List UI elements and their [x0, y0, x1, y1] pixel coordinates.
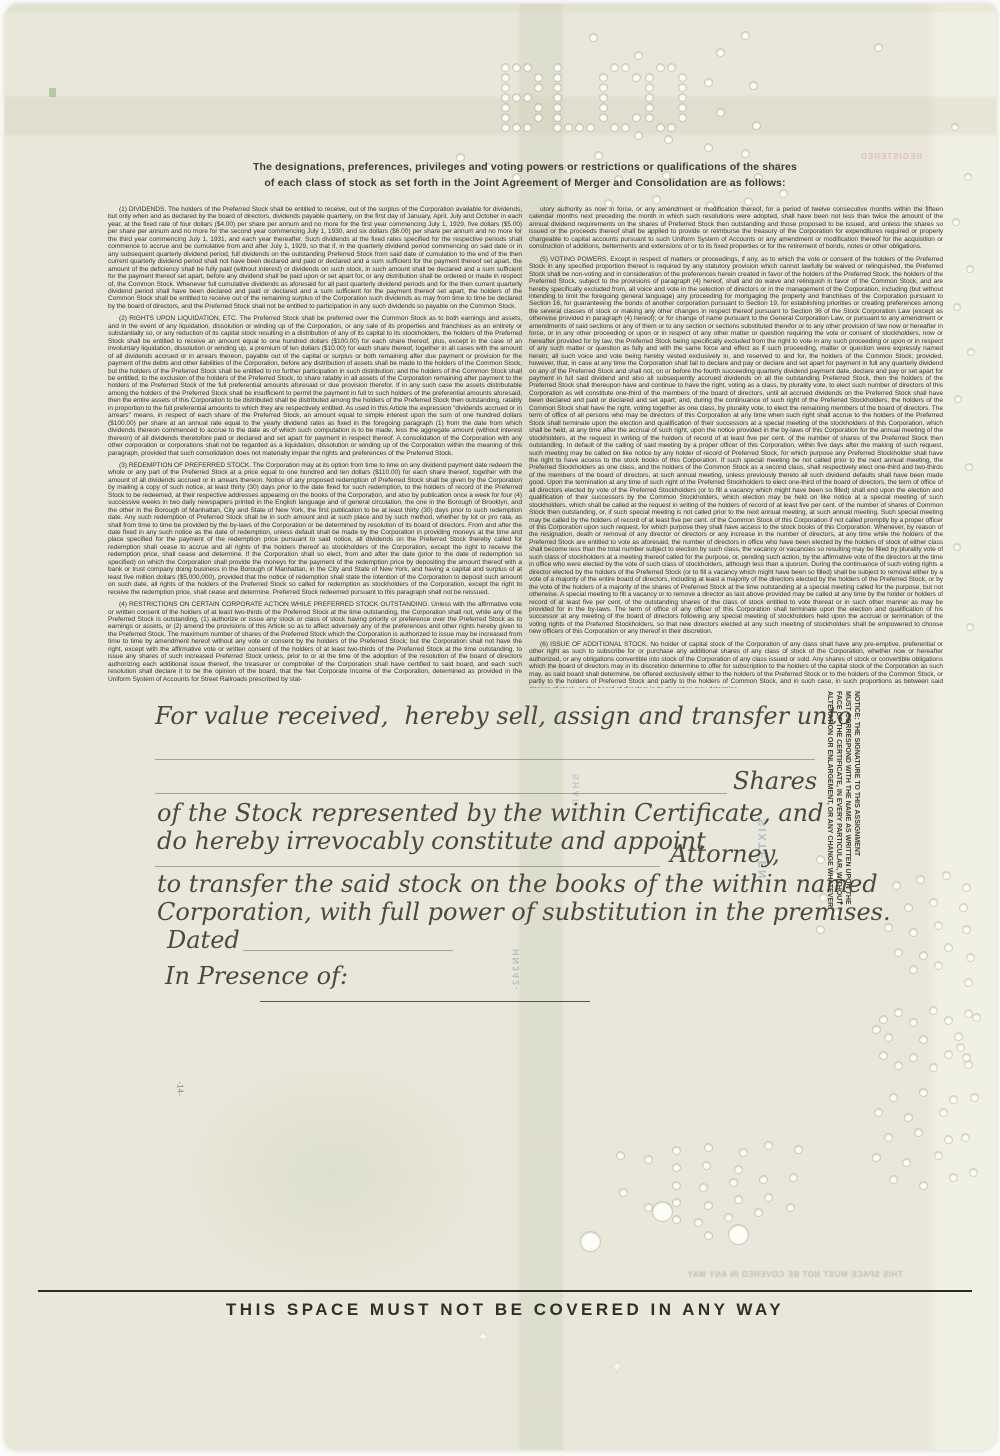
- assignment-for-value: For value received,: [155, 702, 388, 730]
- punch-hole: [653, 1202, 672, 1221]
- punch-hole: [955, 1033, 962, 1040]
- punch-hole: [940, 1109, 947, 1116]
- bleedthrough-footer-text: THIS SPACE MUST NOT BE COVERED IN ANY WA…: [645, 1270, 945, 1279]
- punch-hole: [968, 349, 974, 355]
- punch-hole: [657, 124, 664, 131]
- punch-hole: [967, 624, 973, 630]
- punch-hole: [554, 114, 561, 121]
- punch-hole: [920, 1036, 927, 1043]
- punch-hole: [954, 304, 960, 310]
- punch-hole: [945, 1136, 952, 1143]
- punch-hole: [965, 1010, 972, 1017]
- signature-notice-line: ALTERATION OR ENLARGEMENT, OR ANY CHANGE…: [825, 691, 834, 963]
- legal-header-line2: of each class of stock as set forth in t…: [245, 176, 805, 192]
- punch-hole: [910, 966, 917, 973]
- punch-hole: [973, 1014, 980, 1021]
- punch-hole: [673, 1164, 680, 1171]
- punch-hole: [790, 1174, 797, 1181]
- punch-hole: [952, 124, 958, 130]
- punch-hole: [875, 44, 882, 51]
- assignment-line-4: to transfer the said stock on the books …: [157, 870, 878, 898]
- assignment-form: For value received, hereby sell, assign …: [155, 702, 817, 730]
- punch-hole: [633, 114, 640, 121]
- punch-hole: [880, 1016, 887, 1023]
- punch-hole: [611, 64, 618, 71]
- punch-hole: [502, 114, 509, 121]
- punch-hole: [646, 94, 653, 101]
- legal-column-right: utory authority as now in force, or any …: [529, 206, 943, 688]
- punch-hole: [963, 884, 970, 891]
- punch-hole: [535, 74, 542, 81]
- punch-hole: [513, 124, 520, 131]
- punch-hole: [668, 64, 675, 71]
- punch-hole: [535, 84, 542, 91]
- legal-column-left: (1) DIVIDENDS. The holders of the Prefer…: [108, 206, 522, 688]
- punch-hole: [725, 1214, 732, 1221]
- punch-hole: [620, 1189, 627, 1196]
- punch-hole: [576, 124, 583, 131]
- punch-hole: [646, 104, 653, 111]
- punch-hole: [502, 124, 509, 131]
- punch-hole: [920, 1089, 927, 1096]
- write-in-line: [155, 759, 815, 760]
- signature-notice-line: NOTICE: THE SIGNATURE TO THIS ASSIGNMENT: [852, 691, 861, 963]
- punch-hole: [554, 104, 561, 111]
- punch-hole: [903, 1159, 910, 1166]
- punch-hole: [703, 1162, 710, 1169]
- punch-hole: [955, 396, 961, 402]
- legal-paragraph: (1) DIVIDENDS. The holders of the Prefer…: [108, 206, 522, 310]
- punch-hole: [600, 94, 607, 101]
- punch-hole: [935, 962, 942, 969]
- punch-hole: [695, 1219, 702, 1226]
- punch-hole: [740, 1149, 747, 1156]
- punch-hole: [717, 109, 724, 116]
- punch-hole: [535, 104, 542, 111]
- punch-hole: [646, 84, 653, 91]
- assignment-sell-assign: hereby sell, assign and transfer unto: [404, 702, 851, 730]
- punch-hole: [617, 1152, 624, 1159]
- punch-hole: [611, 124, 618, 131]
- punch-hole: [554, 84, 561, 91]
- punch-hole: [945, 1017, 952, 1024]
- assignment-line-2: of the Stock represented by the within C…: [157, 799, 824, 827]
- punch-hole: [742, 32, 749, 39]
- pencil-mark: -14-: [176, 1081, 185, 1095]
- punch-hole: [895, 1062, 902, 1069]
- punch-hole: [910, 1019, 917, 1026]
- punch-hole: [513, 64, 520, 71]
- punch-hole: [668, 124, 675, 131]
- punch-hole: [705, 79, 712, 86]
- punch-hole: [524, 94, 531, 101]
- punch-hole: [893, 882, 900, 889]
- punch-hole: [963, 926, 970, 933]
- in-presence-of-label: In Presence of:: [165, 962, 348, 990]
- signature-notice-line: MUST CORRESPOND WITH THE NAME AS WRITTEN…: [843, 691, 852, 963]
- legal-paragraph: (6) ISSUE OF ADDITIONAL STOCK. No holder…: [529, 641, 943, 688]
- bleedthrough-vertical-text: HN342-: [511, 949, 521, 992]
- punch-hole: [679, 104, 686, 111]
- punch-hole: [971, 1094, 978, 1101]
- punch-hole: [524, 124, 531, 131]
- punch-hole: [502, 104, 509, 111]
- punch-hole: [930, 899, 937, 906]
- punch-hole: [795, 1146, 802, 1153]
- dated-label: Dated: [167, 926, 240, 954]
- punch-hole: [590, 34, 597, 41]
- punch-hole: [673, 1199, 680, 1206]
- punch-hole: [679, 84, 686, 91]
- punch-hole: [880, 1052, 887, 1059]
- punch-hole: [930, 1007, 937, 1014]
- legal-paragraph: (5) VOTING POWERS. Except in respect of …: [529, 256, 943, 636]
- punch-hole: [657, 64, 664, 71]
- punch-hole: [895, 1009, 902, 1016]
- punch-hole: [873, 1154, 880, 1161]
- legal-paragraph: (2) RIGHTS UPON LIQUIDATION, ETC. The Pr…: [108, 315, 522, 457]
- punch-hole: [622, 124, 629, 131]
- punch-hole: [920, 1182, 927, 1189]
- punch-hole: [910, 929, 917, 936]
- punch-hole: [645, 1156, 652, 1163]
- punch-hole: [930, 1064, 937, 1071]
- punch-hole: [565, 124, 572, 131]
- punch-hole: [645, 1204, 652, 1211]
- punch-hole: [633, 74, 640, 81]
- punch-hole: [665, 136, 672, 143]
- punch-hole: [890, 1176, 897, 1183]
- legal-paragraph: (4) RESTRICTIONS ON CERTAIN CORPORATE AC…: [108, 601, 522, 683]
- punch-hole: [935, 1152, 942, 1159]
- punch-hole: [965, 174, 971, 180]
- punch-hole: [600, 104, 607, 111]
- legal-paragraph: (3) REDEMPTION OF PREFERRED STOCK. The C…: [108, 462, 522, 596]
- punch-hole: [622, 64, 629, 71]
- punch-hole: [753, 122, 760, 129]
- star-mark: ✦: [477, 1328, 490, 1346]
- punch-hole: [960, 904, 967, 911]
- attorney-label: Attorney,: [670, 840, 780, 868]
- punch-hole: [535, 114, 542, 121]
- punch-hole: [554, 94, 561, 101]
- signature-notice-line: FACE OF THE CERTIFICATE, IN EVERY PARTIC…: [834, 691, 843, 963]
- punch-hole: [705, 1232, 712, 1239]
- scanned-stock-certificate-back: REGISTERED The designations, preferences…: [0, 0, 1000, 1456]
- footer-warning: THIS SPACE MUST NOT BE COVERED IN ANY WA…: [5, 1300, 1000, 1320]
- punch-hole: [895, 949, 902, 956]
- punch-hole: [735, 1166, 742, 1173]
- punch-hole: [935, 922, 942, 929]
- punch-hole: [905, 904, 912, 911]
- punch-hole: [966, 464, 972, 470]
- attorney-name-blank: [155, 866, 660, 867]
- punch-hole: [885, 1034, 892, 1041]
- legal-header: The designations, preferences, privilege…: [245, 160, 805, 191]
- punch-hole: [780, 190, 787, 197]
- punch-hole: [554, 74, 561, 81]
- punch-hole: [962, 1134, 969, 1141]
- punch-hole: [730, 1179, 737, 1186]
- punch-hole: [653, 196, 660, 203]
- punch-hole: [595, 152, 602, 159]
- punch-hole: [513, 94, 520, 101]
- punch-hole: [600, 84, 607, 91]
- legal-header-line1: The designations, preferences, privilege…: [245, 160, 805, 176]
- punch-hole: [673, 1216, 680, 1223]
- punch-hole: [735, 1196, 742, 1203]
- punch-hole: [502, 74, 509, 81]
- punch-hole: [945, 944, 952, 951]
- punch-hole: [679, 94, 686, 101]
- punch-hole: [600, 74, 607, 81]
- write-in-line: [155, 793, 727, 794]
- punch-hole: [765, 1142, 772, 1149]
- date-blank: [243, 950, 453, 951]
- punch-hole: [967, 266, 973, 272]
- assignment-line-5: Corporation, with full power of substitu…: [157, 898, 891, 926]
- assignment-line-1: For value received, hereby sell, assign …: [155, 702, 817, 730]
- punch-hole: [765, 1194, 772, 1201]
- punch-hole: [875, 1109, 882, 1116]
- punch-hole: [742, 150, 749, 157]
- punch-hole: [917, 876, 924, 883]
- punch-hole: [787, 1204, 794, 1211]
- witness-signature-line: [260, 1001, 590, 1002]
- punch-hole: [957, 1044, 964, 1051]
- certificate-paper: REGISTERED The designations, preferences…: [5, 4, 996, 1450]
- punch-hole: [502, 94, 509, 101]
- punch-hole: [905, 1114, 912, 1121]
- legal-paragraph: utory authority as now in force, or any …: [529, 206, 943, 251]
- punch-hole: [635, 132, 642, 139]
- green-ink-mark: [49, 88, 56, 97]
- punch-hole: [953, 219, 959, 225]
- punch-hole: [745, 198, 752, 205]
- punch-hole: [760, 1176, 767, 1183]
- punch-hole: [581, 1232, 600, 1251]
- punch-hole: [679, 114, 686, 121]
- punch-hole: [705, 1202, 712, 1209]
- punch-hole: [965, 979, 972, 986]
- footer-rule: [38, 1290, 972, 1292]
- punch-hole: [587, 124, 594, 131]
- punch-hole: [950, 1174, 957, 1181]
- punch-hole: [920, 952, 927, 959]
- punch-hole: [970, 1169, 977, 1176]
- punch-hole: [705, 144, 712, 151]
- punch-hole: [679, 74, 686, 81]
- star-mark: ✦: [611, 1358, 624, 1376]
- punch-hole: [600, 114, 607, 121]
- punch-hole: [673, 1182, 680, 1189]
- punch-hole: [729, 1225, 748, 1244]
- bleedthrough-registered-stamp: REGISTERED: [860, 152, 922, 161]
- punch-hole: [885, 1134, 892, 1141]
- punch-hole: [673, 1147, 680, 1154]
- punch-hole: [945, 1051, 952, 1058]
- punch-hole: [646, 74, 653, 81]
- punch-hole: [524, 64, 531, 71]
- punch-hole: [717, 49, 724, 56]
- punch-hole: [554, 64, 561, 71]
- punch-hole: [705, 1144, 712, 1151]
- punch-hole: [943, 872, 950, 879]
- punch-hole: [967, 954, 974, 961]
- punch-hole: [700, 1184, 707, 1191]
- punch-hole: [755, 1209, 762, 1216]
- punch-hole: [873, 1026, 880, 1033]
- punch-hole: [890, 1094, 897, 1101]
- punch-hole: [950, 1096, 957, 1103]
- punch-hole: [750, 82, 757, 89]
- punch-hole: [635, 52, 642, 59]
- punch-hole: [954, 544, 960, 550]
- shares-label: Shares: [733, 767, 817, 795]
- punch-hole: [915, 1129, 922, 1136]
- punch-hole: [963, 1054, 970, 1061]
- punch-hole: [554, 124, 561, 131]
- punch-hole: [502, 84, 509, 91]
- punch-hole: [910, 1054, 917, 1061]
- assignment-line-3: do hereby irrevocably constitute and app…: [157, 827, 706, 855]
- signature-notice: NOTICE: THE SIGNATURE TO THIS ASSIGNMENT…: [821, 691, 861, 963]
- punch-hole: [502, 64, 509, 71]
- punch-hole: [965, 1061, 972, 1068]
- punch-hole: [646, 114, 653, 121]
